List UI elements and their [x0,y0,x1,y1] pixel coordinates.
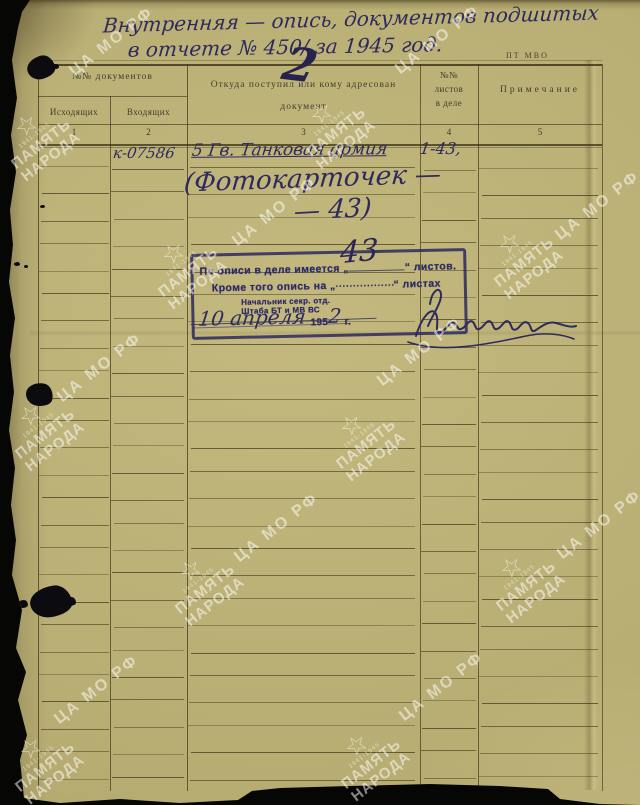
table-rule-line [191,752,415,753]
table-rule-line [39,779,109,780]
stamp-line2-dots: ...................... [335,278,393,289]
printer-mark: ПТ МВО [506,52,549,61]
table-rule-line [110,96,111,791]
ink-speck [24,265,28,268]
table-rule-line [114,523,184,524]
table-rule-line [111,396,184,397]
table-rule-line [482,395,598,396]
table-rule-line [480,649,598,650]
table-rule-line [421,242,476,243]
table-rule-line [40,652,109,653]
table-rule-line [189,498,415,499]
table-rule-line [421,446,476,447]
table-rule-line [190,780,415,781]
stamp-line1: По описи в деле имеется „“ листов. [199,258,456,277]
table-rule-line [38,64,602,66]
entry-source: 5 Гв. Танковая армия [191,141,388,160]
table-rule-line [423,397,476,398]
signature-flourish [428,290,441,326]
stamp-line2-prefix: Кроме того опись на „ [212,280,336,295]
header-note: Примечание [478,85,602,95]
table-rule-line [188,526,415,527]
header-sheets-line1: №№ [420,71,478,81]
table-rule-line [41,320,109,321]
table-rule-line [113,246,184,247]
table-rule-line [424,369,476,370]
table-rule-line [114,727,184,728]
table-rule-line [111,699,184,700]
table-rule-line [42,701,109,702]
table-rule-line [424,778,476,779]
table-rule-line [112,777,184,778]
table-rule-line [191,448,415,449]
table-rule-line [480,753,598,754]
signature [402,282,582,360]
table-rule-line [188,725,415,726]
table-rule-line [39,574,109,575]
table-rule-line [422,524,476,525]
column-number-5: 5 [478,128,602,138]
ink-speck [18,600,28,608]
table-rule-line [602,64,603,791]
ink-speck [64,597,76,606]
table-rule-line [39,674,109,675]
table-rule-line [38,64,39,791]
table-rule-line [482,499,598,500]
column-number-1: 1 [38,128,110,138]
table-rule-line [114,627,184,628]
table-rule-line [189,399,415,400]
table-rule-line [423,192,476,193]
table-rule-line [42,193,109,194]
table-rule-line [188,625,415,626]
header-docs-group: №№ документов [38,72,187,82]
stamp-sheet-count-handwritten: 43 [339,235,379,269]
column-number-4: 4 [420,128,478,138]
table-rule-line [111,191,184,192]
table-rule-line [424,573,476,574]
table-rule-line [40,348,109,349]
entry-incoming-number: к-07586 [112,146,176,161]
table-rule-line [114,318,184,319]
table-rule-line [113,650,184,651]
table-rule-line [112,269,184,270]
table-rule-line [479,676,598,677]
table-rule-line [114,423,184,424]
table-rule-line [191,653,415,654]
header-outgoing: Исходящих [38,108,110,118]
table-rule-line [479,576,598,577]
table-rule-line [422,728,476,729]
table-rule-line [111,500,184,501]
ink-speck [40,205,45,208]
table-rule-line [112,677,184,678]
table-rule-line [479,372,598,373]
table-rule-line [482,599,598,600]
table-rule-line [480,449,598,450]
table-rule-line [481,422,598,423]
table-rule-line [190,371,415,372]
entry-note-line2: — 43) [293,195,372,225]
header-incoming: Входящих [110,108,187,118]
table-rule-line [191,548,415,549]
table-rule-line [190,675,415,676]
table-rule-line [42,497,109,498]
table-rule-line [482,703,598,704]
table-rule-line [479,776,598,777]
table-rule-line [40,547,109,548]
stamp-line1-prefix: По описи в деле имеется „ [199,263,349,278]
table-rule-line [424,678,476,679]
table-rule-line [111,600,184,601]
table-rule-line [189,598,415,599]
table-rule-line [39,370,109,371]
table-rule-line [39,166,109,167]
table-rule-line [38,96,187,97]
table-rule-line [423,601,476,602]
table-rule-line [112,572,184,573]
signature-scribble [416,311,576,336]
table-rule-line [479,168,598,169]
table-rule-line [480,549,598,550]
table-rule-line [422,220,476,221]
table-rule-line [41,525,109,526]
paper-sheet: №№ документов Исходящих Входящих Откуда … [0,0,640,805]
table-rule-line [114,219,184,220]
table-rule-line [190,575,415,576]
table-rule-line [188,421,415,422]
table-rule-line [478,64,479,791]
table-rule-line [481,522,598,523]
table-rule-line [421,651,476,652]
table-rule-line [191,344,415,345]
table-rule-line [422,623,476,624]
table-rule-line [38,124,602,125]
table-rule-line [42,293,109,294]
column-number-2: 2 [110,128,187,138]
ink-speck [14,262,20,266]
table-rule-line [41,221,109,222]
table-rule-line [481,726,598,727]
table-rule-line [481,218,598,219]
table-grid [0,0,640,805]
table-rule-line [189,702,415,703]
table-rule-line [41,729,109,730]
table-rule-line [191,244,415,245]
table-rule-line [112,473,184,474]
table-rule-line [39,475,109,476]
ink-speck [52,64,59,69]
header-sheets-line2: листов [420,85,478,95]
header-sheets-line3: в деле [420,99,478,109]
table-rule-line [421,551,476,552]
table-rule-line [424,474,476,475]
table-rule-line [190,471,415,472]
table-rule-line [423,700,476,701]
table-rule-line [480,245,598,246]
table-rule-line [113,346,184,347]
table-rule-line [479,268,598,269]
table-rule-line [113,754,184,755]
table-rule-line [479,472,598,473]
table-rule-line [41,624,109,625]
table-rule-line [111,296,184,297]
table-rule-line [421,750,476,751]
table-rule-line [40,447,109,448]
table-rule-line [423,496,476,497]
table-rule-line [482,195,598,196]
table-rule-line [422,424,476,425]
table-rule-line [39,271,109,272]
entry-sheets: 1-43, [419,141,462,157]
signature-underline [408,334,574,348]
table-rule-line [481,626,598,627]
header-source-line2: документ [187,102,420,112]
table-rule-line [113,445,184,446]
table-rule-line [112,169,184,170]
column-number-3: 3 [187,128,420,138]
table-rule-line [112,373,184,374]
stamp-line1-suffix: “ листов. [405,260,457,273]
scanned-document-page: №№ документов Исходящих Входящих Откуда … [0,0,640,805]
table-rule-line [41,420,109,421]
table-rule-line [40,243,109,244]
table-rule-line [40,751,109,752]
table-rule-line [113,550,184,551]
